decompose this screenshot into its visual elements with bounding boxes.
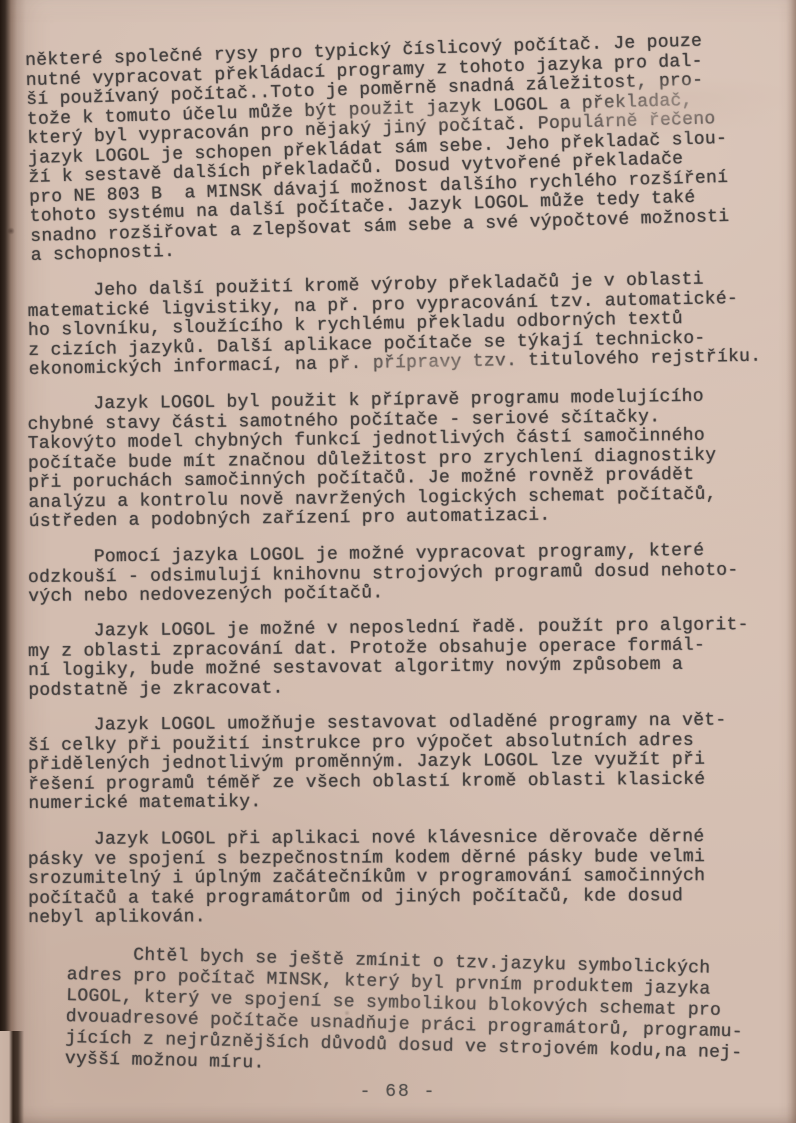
text-line: numerické matematiky.	[28, 789, 772, 814]
paragraph-1: některé společné rysy pro typický číslic…	[25, 31, 775, 267]
page-number: - 68 -	[0, 1082, 796, 1102]
page-right-edge	[786, 0, 796, 1123]
paragraph-2: Jeho další použití kromě výroby překlada…	[27, 269, 773, 380]
text-line: počítačů a také programátorům od jiných …	[28, 886, 772, 909]
text-block: některé společné rysy pro typický číslic…	[28, 52, 772, 1086]
paragraph-4: Pomocí jazyka LOGOL je možné vypracovat …	[28, 541, 773, 607]
binding-shadow-edge	[0, 0, 26, 1123]
paragraph-3: Jazyk LOGOL byl použit k přípravě progra…	[27, 387, 773, 533]
text-line: nebyl aplikován.	[28, 905, 772, 928]
paragraph-5: Jazyk LOGOL je možné v neposlední řadě. …	[28, 616, 773, 701]
paragraph-6: Jazyk LOGOL umožňuje sestavovat odladěné…	[28, 711, 773, 814]
scanned-document-page: některé společné rysy pro typický číslic…	[0, 0, 796, 1123]
paragraph-8: Chtěl bych se ještě zmínit o tzv.jazyku …	[65, 944, 774, 1086]
paragraph-7: Jazyk LOGOL při aplikaci nové klávesnice…	[28, 827, 772, 928]
